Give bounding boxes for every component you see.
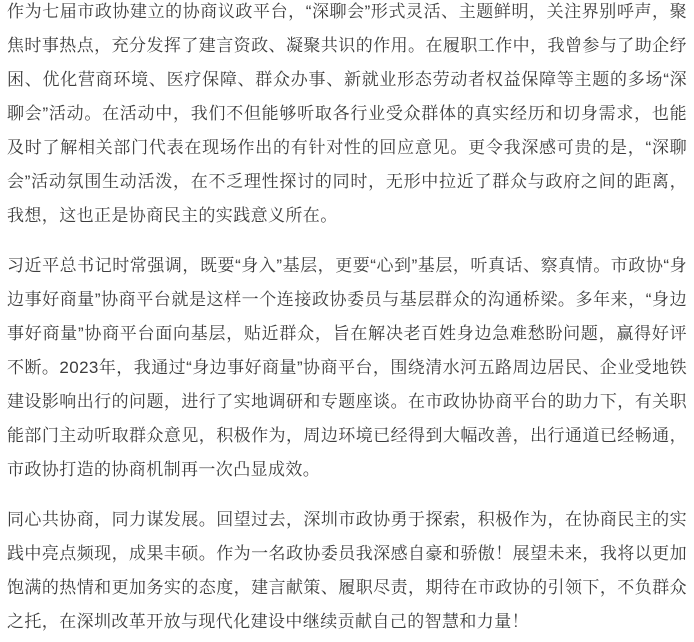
document-page: 作为七届市政协建立的协商议政平台，“深聊会”形式灵活、主题鲜明，关注界别呼声，聚… (0, 0, 694, 639)
paragraph-3: 同心共协商，同力谋发展。回望过去，深圳市政协勇于探索，积极作为，在协商民主的实践… (7, 503, 687, 639)
paragraph-2: 习近平总书记时常强调，既要“身入”基层，更要“心到”基层，听真话、察真情。市政协… (7, 249, 687, 487)
paragraph-1: 作为七届市政协建立的协商议政平台，“深聊会”形式灵活、主题鲜明，关注界别呼声，聚… (7, 0, 687, 233)
